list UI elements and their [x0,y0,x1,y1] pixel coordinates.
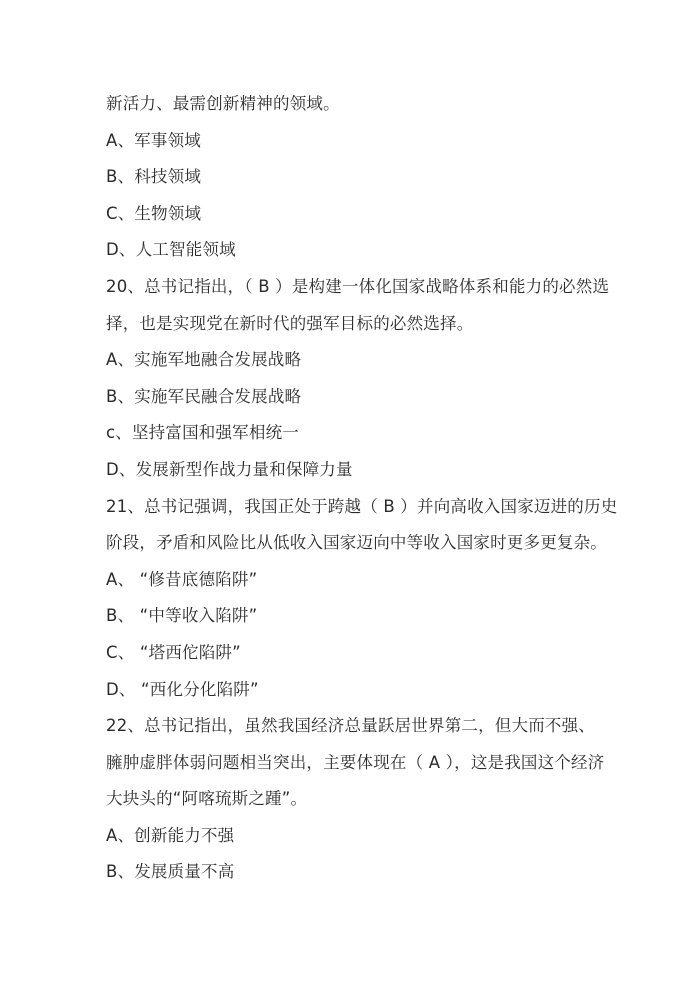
question-19-option-b: B、科技领域 [106,159,606,196]
question-22-stem-line-1: 22、总书记指出，虽然我国经济总量跃居世界第二，但大而不强、 [106,708,606,745]
question-21-option-d: D、 “西化分化陷阱” [106,672,606,709]
question-20-option-a: A、实施军地融合发展战略 [106,342,606,379]
question-21-option-b: B、 “中等收入陷阱” [106,598,606,635]
question-19-option-c: C、生物领域 [106,196,606,233]
question-22-option-a: A、创新能力不强 [106,818,606,855]
question-19-option-a: A、军事领域 [106,123,606,160]
question-19-stem-continuation: 新活力、最需创新精神的领域。 [106,86,606,123]
question-20-stem-line-1: 20、总书记指出，（ B ）是构建一体化国家战略体系和能力的必然选 [106,269,606,306]
question-21-option-c: C、 “塔西佗陷阱” [106,635,606,672]
question-20-option-d: D、发展新型作战力量和保障力量 [106,452,606,489]
question-20-option-b: B、实施军民融合发展战略 [106,379,606,416]
question-22-stem-line-2: 臃肿虚胖体弱问题相当突出，主要体现在（ A ），这是我国这个经济 [106,745,606,782]
question-22-option-b: B、发展质量不高 [106,854,606,891]
question-20-option-c: c、坚持富国和强军相统一 [106,415,606,452]
document-page: 新活力、最需创新精神的领域。 A、军事领域 B、科技领域 C、生物领域 D、人工… [106,86,606,891]
question-21-stem-line-2: 阶段，矛盾和风险比从低收入国家迈向中等收入国家时更多更复杂。 [106,525,606,562]
question-21-option-a: A、 “修昔底德陷阱” [106,562,606,599]
question-21-stem-line-1: 21、总书记强调，我国正处于跨越（ B ）并向高收入国家迈进的历史 [106,489,606,526]
question-20-stem-line-2: 择，也是实现党在新时代的强军目标的必然选择。 [106,306,606,343]
question-22-stem-line-3: 大块头的“阿喀琉斯之踵”。 [106,781,606,818]
question-19-option-d: D、人工智能领域 [106,232,606,269]
